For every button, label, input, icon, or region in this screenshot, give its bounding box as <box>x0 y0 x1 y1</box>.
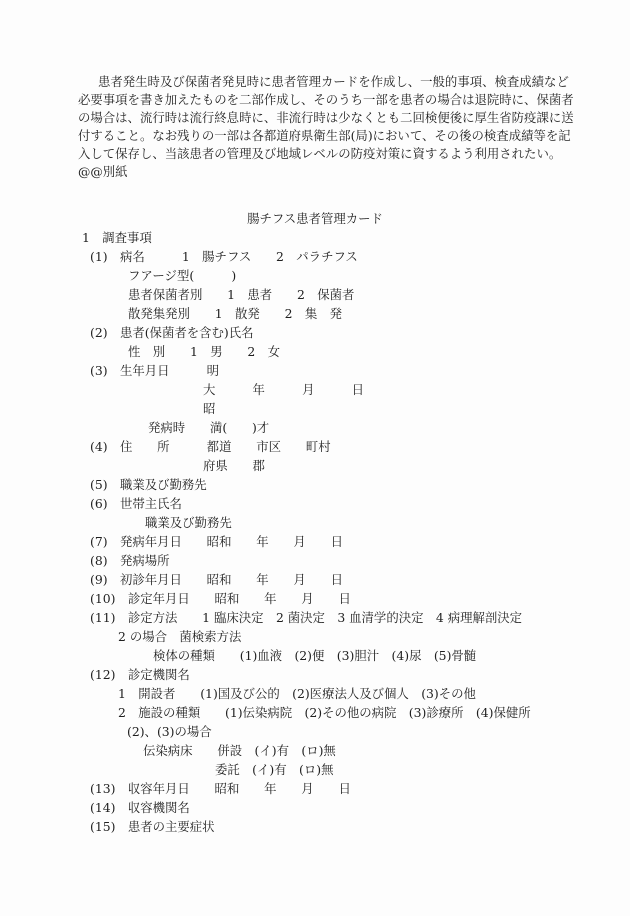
line-infectious-beds-annexed: 伝染病床 併設 (イ)有 (ロ)無 <box>0 741 630 760</box>
section-heading-survey-items: 1 調査事項 <box>0 228 630 247</box>
line-diagnosis-date: (10) 診定年月日 昭和 年 月 日 <box>0 589 630 608</box>
line-diagnosis-method: (11) 診定方法 1 臨床決定 2 菌決定 3 血清学的決定 4 病理解剖決定 <box>0 608 630 627</box>
line-first-exam-date: (9) 初診年月日 昭和 年 月 日 <box>0 570 630 589</box>
line-patient-carrier-type: 患者保菌者別 1 患者 2 保菌者 <box>0 285 630 304</box>
line-admission-date: (13) 収容年月日 昭和 年 月 日 <box>0 779 630 798</box>
intro-line-1: 患者発生時及び保菌者発見時に患者管理カードを作成し、一般的事項、検査成績など <box>0 73 630 91</box>
line-facility-type: 2 施設の種類 (1)伝染病院 (2)その他の病院 (3)診療所 (4)保健所 <box>0 703 630 722</box>
line-onset-place: (8) 発病場所 <box>0 551 630 570</box>
line-founder-type: 1 開設者 (1)国及び公的 (2)医療法人及び個人 (3)その他 <box>0 684 630 703</box>
line-infectious-beds-commissioned: 委託 (イ)有 (ロ)無 <box>0 760 630 779</box>
line-specimen-types: 検体の種類 (1)血液 (2)便 (3)胆汁 (4)尿 (5)骨髄 <box>0 646 630 665</box>
line-facility-case-note: (2)、(3)の場合 <box>0 722 630 741</box>
line-address: (4) 住 所 都道 市区 町村 <box>0 437 630 456</box>
line-birth-date-meiji: (3) 生年月日 明 <box>0 361 630 380</box>
line-occupation-workplace: (5) 職業及び勤務先 <box>0 475 630 494</box>
line-admission-institution: (14) 収容機関名 <box>0 798 630 817</box>
line-sporadic-outbreak-type: 散発集発別 1 散発 2 集 発 <box>0 304 630 323</box>
line-onset-date: (7) 発病年月日 昭和 年 月 日 <box>0 532 630 551</box>
intro-line-4: 付すること。なお残りの一部は各都道府県衛生部(局)において、その後の検査成績等を… <box>0 127 630 145</box>
line-main-symptoms: (15) 患者の主要症状 <box>0 817 630 836</box>
intro-line-3: の場合は、流行時は流行終息時に、非流行時は少なくとも二回検便後に厚生省防疫課に送 <box>0 109 630 127</box>
document-page: 患者発生時及び保菌者発見時に患者管理カードを作成し、一般的事項、検査成績など 必… <box>0 0 630 916</box>
intro-line-5: 入して保存し、当該患者の管理及び地域レベルの防疫対策に資するよう利用されたい。 <box>0 145 630 163</box>
line-disease-name: (1) 病名 1 腸チフス 2 パラチフス <box>0 247 630 266</box>
line-householder-name: (6) 世帯主氏名 <box>0 494 630 513</box>
line-phage-type: フアージ型( ) <box>0 266 630 285</box>
line-birth-date-taisho: 大 年 月 日 <box>0 380 630 399</box>
survey-items: 1 調査事項 (1) 病名 1 腸チフス 2 パラチフス フアージ型( ) 患者… <box>0 228 630 836</box>
line-age-at-onset: 発病時 満( )才 <box>0 418 630 437</box>
line-sex: 性 別 1 男 2 女 <box>0 342 630 361</box>
intro-paragraph: 患者発生時及び保菌者発見時に患者管理カードを作成し、一般的事項、検査成績など 必… <box>0 73 630 181</box>
line-address-prefecture-county: 府県 郡 <box>0 456 630 475</box>
attachment-marker: @@別紙 <box>0 163 630 181</box>
line-householder-occupation: 職業及び勤務先 <box>0 513 630 532</box>
line-patient-name: (2) 患者(保菌者を含む)氏名 <box>0 323 630 342</box>
document-title: 腸チフス患者管理カード <box>0 209 630 228</box>
line-bacteria-search-method: 2 の場合 菌検索方法 <box>0 627 630 646</box>
line-birth-date-showa: 昭 <box>0 399 630 418</box>
intro-line-2: 必要事項を書き加えたものを二部作成し、そのうち一部を患者の場合は退院時に、保菌者 <box>0 91 630 109</box>
line-diagnosis-institution: (12) 診定機関名 <box>0 665 630 684</box>
